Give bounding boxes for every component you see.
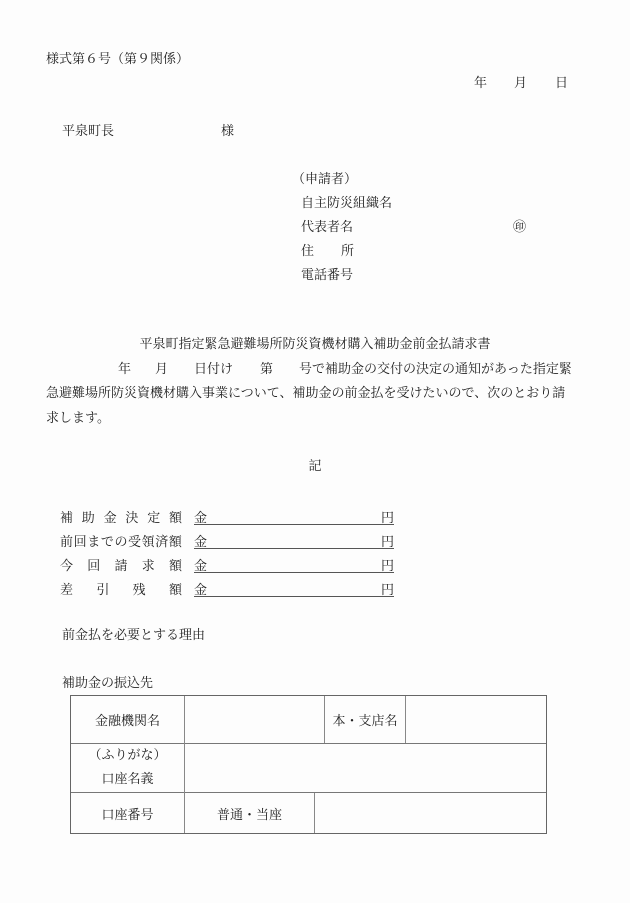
- body-line1-rest: 号で補助金の交付の決定の通知があった指定緊: [299, 362, 572, 378]
- label-char: 残: [133, 579, 146, 598]
- yen-suffix: 円: [381, 555, 394, 574]
- body-line2: 急避難場所防災資機材購入事業について、補助金の前金払を受けたいので、次のとおり請: [46, 386, 565, 402]
- addressee-honorific: 様: [221, 124, 234, 140]
- reason-label: 前金払を必要とする理由: [62, 628, 205, 644]
- kin-prefix: 金: [194, 579, 207, 598]
- label-char: 引: [96, 579, 109, 598]
- applicant-heading: （申請者）: [292, 172, 357, 188]
- yen-suffix: 円: [381, 507, 394, 526]
- body-month: 月: [155, 362, 168, 378]
- label-char: 求: [142, 555, 155, 574]
- kin-prefix: 金: [194, 531, 207, 550]
- body-line3: 求します。: [46, 411, 110, 427]
- date-month: 月: [514, 76, 527, 92]
- yen-suffix: 円: [381, 531, 394, 550]
- label-char: 補: [60, 507, 73, 526]
- amount-field-decided[interactable]: 金 円: [194, 507, 394, 525]
- bank-transfer-table: 金融機関名 本・支店名 （ふりがな） 口座名義 口座番号 普通・当座: [70, 695, 547, 834]
- account-holder-field[interactable]: [185, 744, 546, 792]
- amount-label-request: 今 回 請 求 額: [60, 555, 182, 574]
- transfer-heading: 補助金の振込先: [62, 676, 153, 692]
- bank-name-label: 金融機関名: [71, 696, 184, 743]
- amount-label-decided: 補 助 金 決 定 額: [60, 507, 182, 526]
- label-char: 前: [60, 531, 73, 550]
- account-holder-label: 口座名義: [101, 768, 153, 792]
- representative-label: 代表者名: [301, 220, 353, 236]
- label-char: ま: [87, 531, 100, 550]
- label-char: で: [101, 531, 114, 550]
- amount-row-received: 前 回 ま で の 受 領 済 額 金 円: [60, 531, 400, 549]
- addressee-name: 平泉町長: [62, 124, 114, 140]
- kin-prefix: 金: [194, 555, 207, 574]
- account-holder-label-cell: （ふりがな） 口座名義: [71, 744, 184, 792]
- label-char: 済: [155, 531, 168, 550]
- label-char: 領: [142, 531, 155, 550]
- body-number-prefix: 第: [260, 362, 273, 378]
- label-char: 金: [104, 507, 117, 526]
- seal-icon: ㊞: [513, 220, 526, 236]
- label-char: 回: [87, 555, 100, 574]
- org-name-label: 自主防災組織名: [301, 196, 392, 212]
- address-label-part1: 住: [301, 244, 314, 260]
- label-char: の: [114, 531, 127, 550]
- ki-heading: 記: [0, 459, 630, 475]
- label-char: 受: [128, 531, 141, 550]
- label-char: 回: [74, 531, 87, 550]
- body-day-dated: 日付け: [194, 362, 233, 378]
- amount-label-balance: 差 引 残 額: [60, 579, 182, 598]
- label-char: 請: [114, 555, 127, 574]
- account-number-label: 口座番号: [71, 793, 184, 833]
- branch-name-label: 本・支店名: [325, 696, 405, 743]
- account-type-select[interactable]: 普通・当座: [185, 793, 314, 833]
- phone-label: 電話番号: [301, 268, 353, 284]
- bank-name-field[interactable]: [185, 696, 324, 743]
- amount-row-request: 今 回 請 求 額 金 円: [60, 555, 400, 573]
- label-char: 額: [169, 507, 182, 526]
- amount-field-balance[interactable]: 金 円: [194, 579, 394, 597]
- address-label-part2: 所: [341, 244, 354, 260]
- amount-field-request[interactable]: 金 円: [194, 555, 394, 573]
- label-char: 額: [169, 555, 182, 574]
- kin-prefix: 金: [194, 507, 207, 526]
- furigana-label: （ふりがな）: [88, 744, 166, 768]
- label-char: 差: [60, 579, 73, 598]
- label-char: 額: [169, 579, 182, 598]
- body-year: 年: [118, 362, 131, 378]
- amount-row-decided: 補 助 金 決 定 額 金 円: [60, 507, 400, 525]
- label-char: 今: [60, 555, 73, 574]
- date-day: 日: [555, 76, 568, 92]
- branch-name-field[interactable]: [406, 696, 546, 743]
- label-char: 額: [169, 531, 182, 550]
- amount-label-received: 前 回 ま で の 受 領 済 額: [60, 531, 182, 550]
- date-year: 年: [474, 76, 487, 92]
- yen-suffix: 円: [381, 579, 394, 598]
- amount-field-received[interactable]: 金 円: [194, 531, 394, 549]
- amount-row-balance: 差 引 残 額 金 円: [60, 579, 400, 597]
- form-number: 様式第６号（第９関係）: [46, 52, 189, 68]
- account-number-field[interactable]: [315, 793, 546, 833]
- document-title: 平泉町指定緊急避難場所防災資機材購入補助金前金払請求書: [0, 337, 630, 353]
- label-char: 決: [125, 507, 138, 526]
- label-char: 助: [82, 507, 95, 526]
- label-char: 定: [147, 507, 160, 526]
